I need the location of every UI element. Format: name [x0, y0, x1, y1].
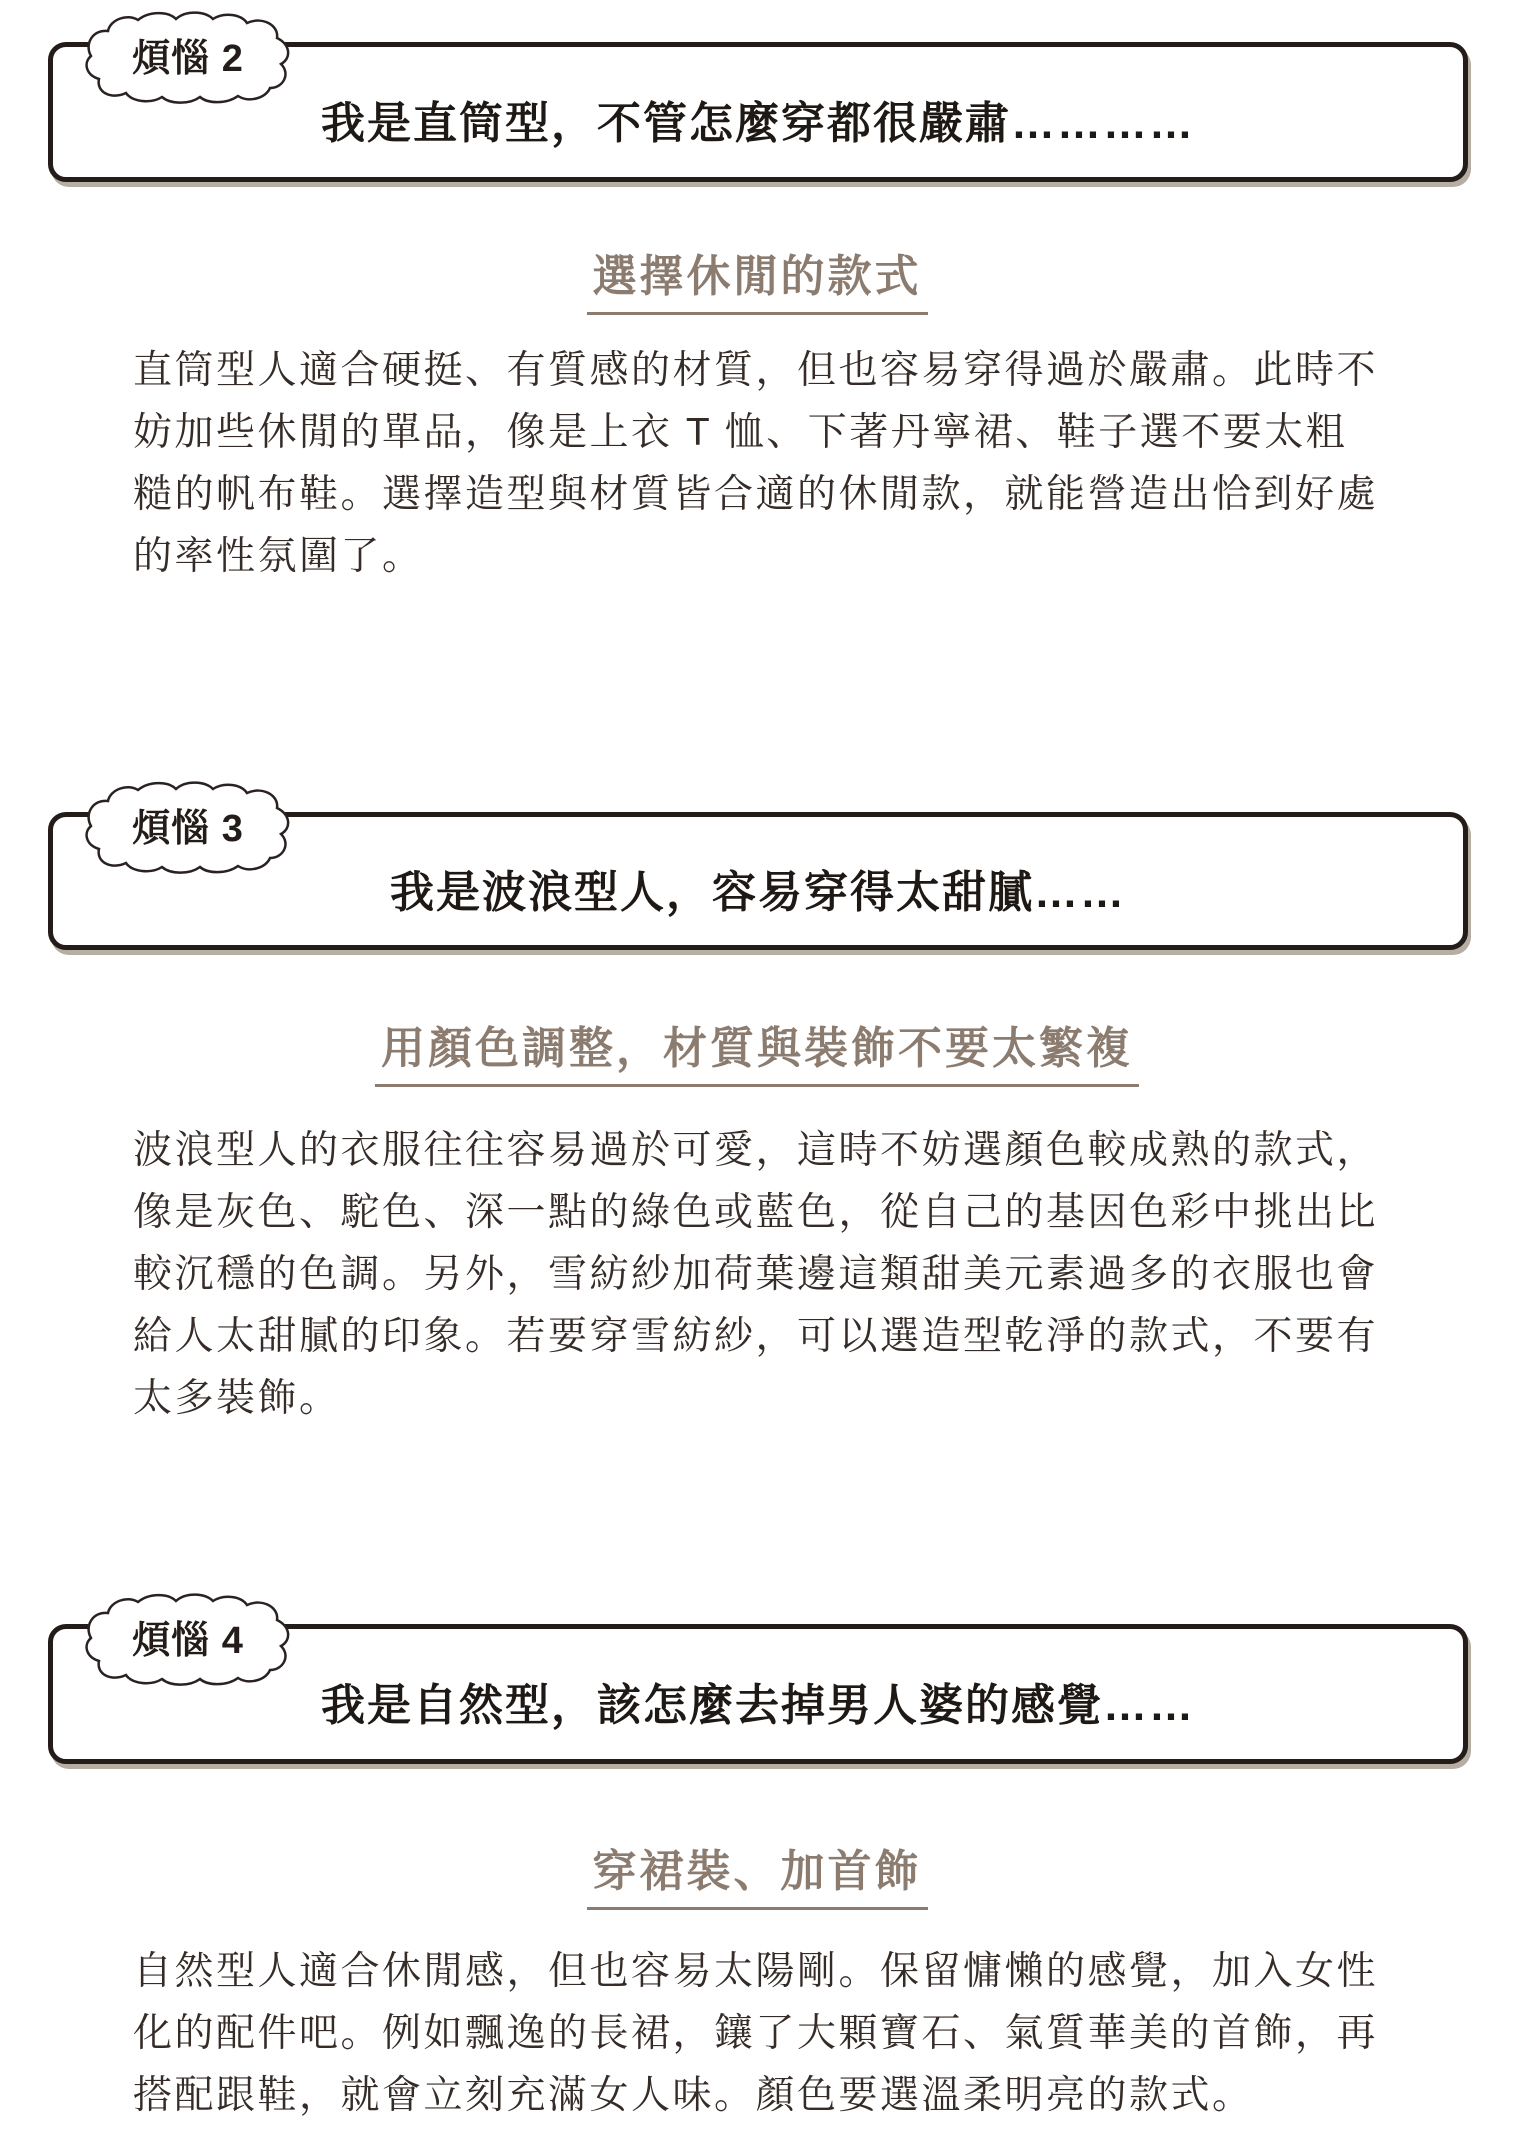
section-paragraph: 自然型人適合休閒感，但也容易太陽剛。保留慵懶的感覺，加入女性 化的配件吧。例如飄… — [133, 1941, 1393, 2127]
worry-badge-label: 煩惱 2 — [72, 8, 304, 104]
book-page: 我是直筒型，不管怎麼穿都很嚴肅………… 煩惱 2 選擇休閒的款式 直筒型人適合硬… — [0, 0, 1514, 2131]
section-paragraph: 直筒型人適合硬挺、有質感的材質，但也容易穿得過於嚴肅。此時不 妨加些休閒的單品，… — [133, 340, 1393, 588]
section-paragraph: 波浪型人的衣服往往容易過於可愛，這時不妨選顏色較成熟的款式， 像是灰色、駝色、深… — [133, 1120, 1393, 1430]
worry-title: 我是自然型，該怎麼去掉男人婆的感覺…… — [321, 1655, 1195, 1733]
section-heading: 用顏色調整，材質與裝飾不要太繁複 — [0, 1012, 1514, 1087]
section-heading-text: 用顏色調整，材質與裝飾不要太繁複 — [375, 1012, 1139, 1087]
section-heading: 穿裙裝、加首飾 — [0, 1835, 1514, 1910]
worry-badge-label: 煩惱 3 — [72, 778, 304, 874]
worry-badge-4: 煩惱 4 — [72, 1590, 304, 1686]
worry-title: 我是直筒型，不管怎麼穿都很嚴肅………… — [321, 73, 1195, 151]
worry-badge-2: 煩惱 2 — [72, 8, 304, 104]
section-heading-text: 穿裙裝、加首飾 — [587, 1835, 928, 1910]
section-heading-text: 選擇休閒的款式 — [587, 240, 928, 315]
worry-badge-3: 煩惱 3 — [72, 778, 304, 874]
section-heading: 選擇休閒的款式 — [0, 240, 1514, 315]
worry-badge-label: 煩惱 4 — [72, 1590, 304, 1686]
worry-title: 我是波浪型人，容易穿得太甜膩…… — [390, 842, 1126, 920]
